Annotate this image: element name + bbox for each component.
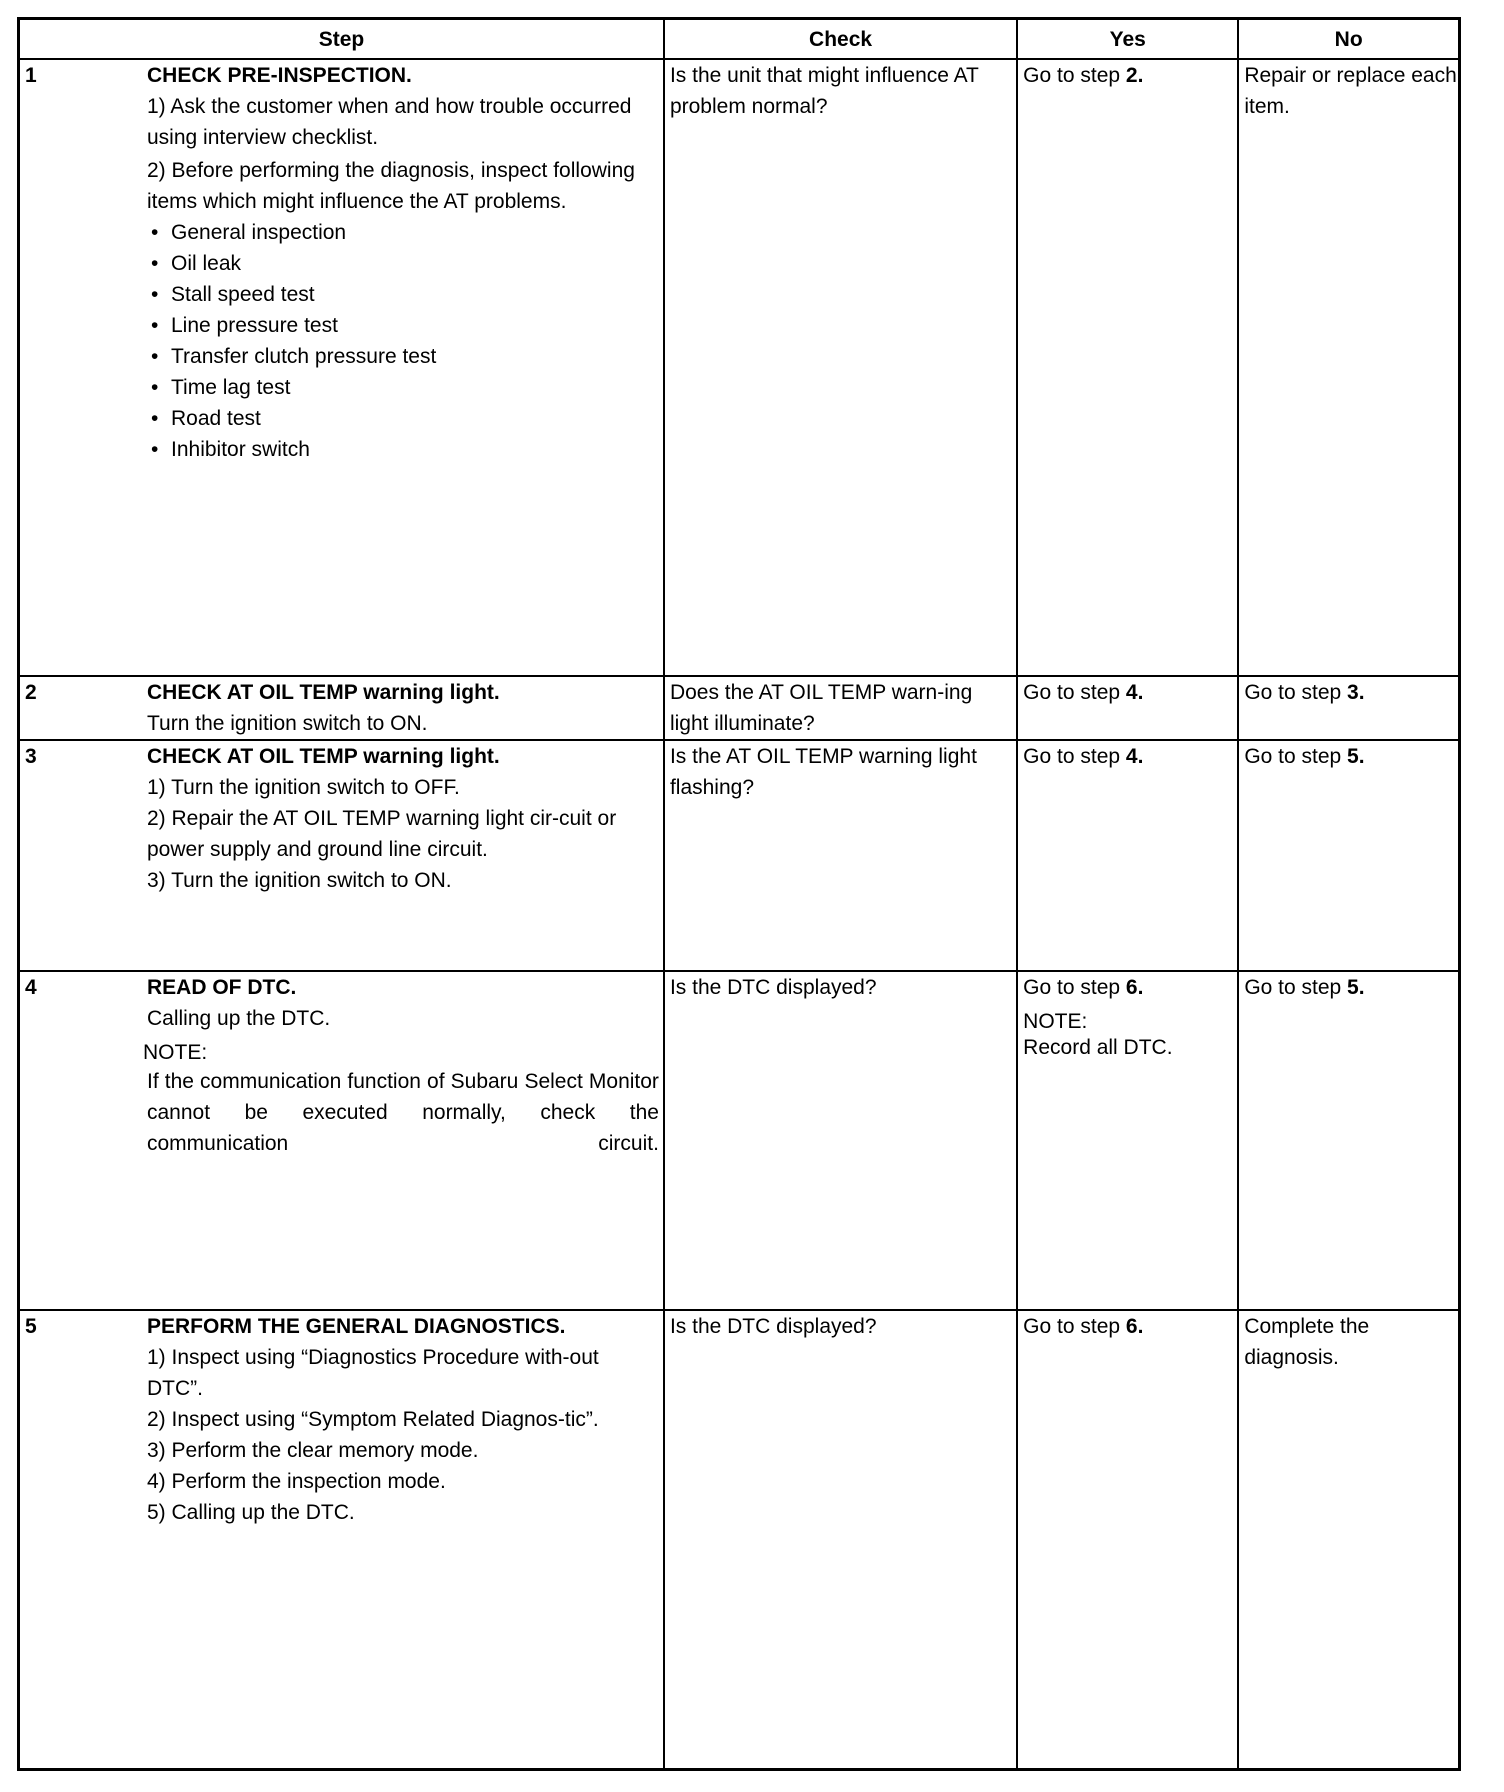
header-no: No	[1238, 19, 1459, 60]
table-row: 5 PERFORM THE GENERAL DIAGNOSTICS. 1) In…	[19, 1310, 1460, 1770]
table-row: 4 READ OF DTC. Calling up the DTC. NOTE:…	[19, 971, 1460, 1310]
no-cell: Go to step 5.	[1238, 740, 1459, 971]
step-instruction: Turn the ignition switch to ON.	[147, 708, 659, 739]
step-number: 4	[20, 972, 147, 1159]
step-instruction: 4) Perform the inspection mode.	[147, 1466, 659, 1497]
step-instruction: 1) Ask the customer when and how trouble…	[147, 91, 659, 153]
step-reference: 6.	[1126, 1315, 1144, 1338]
step-instruction: 2) Repair the AT OIL TEMP warning light …	[147, 803, 659, 865]
check-cell: Is the AT OIL TEMP warning light flashin…	[664, 740, 1017, 971]
step-instruction: 1) Inspect using “Diagnostics Procedure …	[147, 1342, 659, 1404]
step-number: 3	[20, 741, 147, 896]
yes-cell: Go to step 4.	[1017, 676, 1238, 740]
yes-cell: Go to step 6. NOTE: Record all DTC.	[1017, 971, 1238, 1310]
check-cell: Is the DTC displayed?	[664, 1310, 1017, 1770]
header-yes: Yes	[1017, 19, 1238, 60]
list-item: Inhibitor switch	[147, 434, 659, 465]
no-cell: Complete the diagnosis.	[1238, 1310, 1459, 1770]
step-reference: 4.	[1126, 745, 1144, 768]
note-label: NOTE:	[1023, 1009, 1237, 1035]
step-reference: 3.	[1347, 681, 1365, 704]
step-instruction: 1) Turn the ignition switch to OFF.	[147, 772, 659, 803]
yes-text: Go to step	[1023, 681, 1126, 704]
yes-cell: Go to step 4.	[1017, 740, 1238, 971]
step-cell: 3 CHECK AT OIL TEMP warning light. 1) Tu…	[19, 740, 664, 971]
list-item: Line pressure test	[147, 310, 659, 341]
step-cell: 5 PERFORM THE GENERAL DIAGNOSTICS. 1) In…	[19, 1310, 664, 1770]
list-item: Oil leak	[147, 248, 659, 279]
check-cell: Does the AT OIL TEMP warn-ing light illu…	[664, 676, 1017, 740]
table-header-row: Step Check Yes No	[19, 19, 1460, 60]
step-instruction: Calling up the DTC.	[147, 1003, 659, 1034]
step-title: READ OF DTC.	[147, 972, 659, 1003]
step-instruction: 2) Before performing the diagnosis, insp…	[147, 155, 659, 217]
step-title: PERFORM THE GENERAL DIAGNOSTICS.	[147, 1311, 659, 1342]
header-step: Step	[19, 19, 664, 60]
inspection-items-list: General inspection Oil leak Stall speed …	[147, 217, 659, 465]
step-cell: 1 CHECK PRE-INSPECTION. 1) Ask the custo…	[19, 59, 664, 676]
no-text: Go to step	[1244, 681, 1347, 704]
step-number: 5	[20, 1311, 147, 1528]
list-item: Road test	[147, 403, 659, 434]
yes-text: Go to step	[1023, 1315, 1126, 1338]
no-cell: Repair or replace each item.	[1238, 59, 1459, 676]
no-cell: Go to step 3.	[1238, 676, 1459, 740]
note-text: Record all DTC.	[1023, 1035, 1237, 1061]
no-cell: Go to step 5.	[1238, 971, 1459, 1310]
step-cell: 2 CHECK AT OIL TEMP warning light. Turn …	[19, 676, 664, 740]
list-item: Transfer clutch pressure test	[147, 341, 659, 372]
list-item: General inspection	[147, 217, 659, 248]
check-cell: Is the DTC displayed?	[664, 971, 1017, 1310]
yes-cell: Go to step 6.	[1017, 1310, 1238, 1770]
diagnostic-procedure-table: Step Check Yes No 1 CHECK PRE-INSPECTION…	[17, 17, 1461, 1771]
note-label: NOTE:	[143, 1040, 659, 1066]
step-cell: 4 READ OF DTC. Calling up the DTC. NOTE:…	[19, 971, 664, 1310]
step-number: 1	[20, 60, 147, 465]
step-reference: 2.	[1126, 64, 1144, 87]
yes-text: Go to step	[1023, 64, 1126, 87]
check-cell: Is the unit that might influence AT prob…	[664, 59, 1017, 676]
step-instruction: 3) Turn the ignition switch to ON.	[147, 865, 659, 896]
step-title: CHECK AT OIL TEMP warning light.	[147, 677, 659, 708]
step-reference: 5.	[1347, 745, 1365, 768]
no-text: Go to step	[1244, 745, 1347, 768]
list-item: Stall speed test	[147, 279, 659, 310]
step-instruction: 5) Calling up the DTC.	[147, 1497, 659, 1528]
header-check: Check	[664, 19, 1017, 60]
step-number: 2	[20, 677, 147, 739]
step-title: CHECK AT OIL TEMP warning light.	[147, 741, 659, 772]
step-instruction: 2) Inspect using “Symptom Related Diagno…	[147, 1404, 659, 1435]
no-text: Go to step	[1244, 976, 1347, 999]
yes-text: Go to step	[1023, 976, 1126, 999]
step-instruction: 3) Perform the clear memory mode.	[147, 1435, 659, 1466]
table-row: 3 CHECK AT OIL TEMP warning light. 1) Tu…	[19, 740, 1460, 971]
step-title: CHECK PRE-INSPECTION.	[147, 60, 659, 91]
step-reference: 5.	[1347, 976, 1365, 999]
note-text: If the communication function of Subaru …	[147, 1066, 659, 1159]
list-item: Time lag test	[147, 372, 659, 403]
step-reference: 6.	[1126, 976, 1144, 999]
yes-cell: Go to step 2.	[1017, 59, 1238, 676]
step-reference: 4.	[1126, 681, 1144, 704]
table-row: 2 CHECK AT OIL TEMP warning light. Turn …	[19, 676, 1460, 740]
yes-text: Go to step	[1023, 745, 1126, 768]
table-row: 1 CHECK PRE-INSPECTION. 1) Ask the custo…	[19, 59, 1460, 676]
